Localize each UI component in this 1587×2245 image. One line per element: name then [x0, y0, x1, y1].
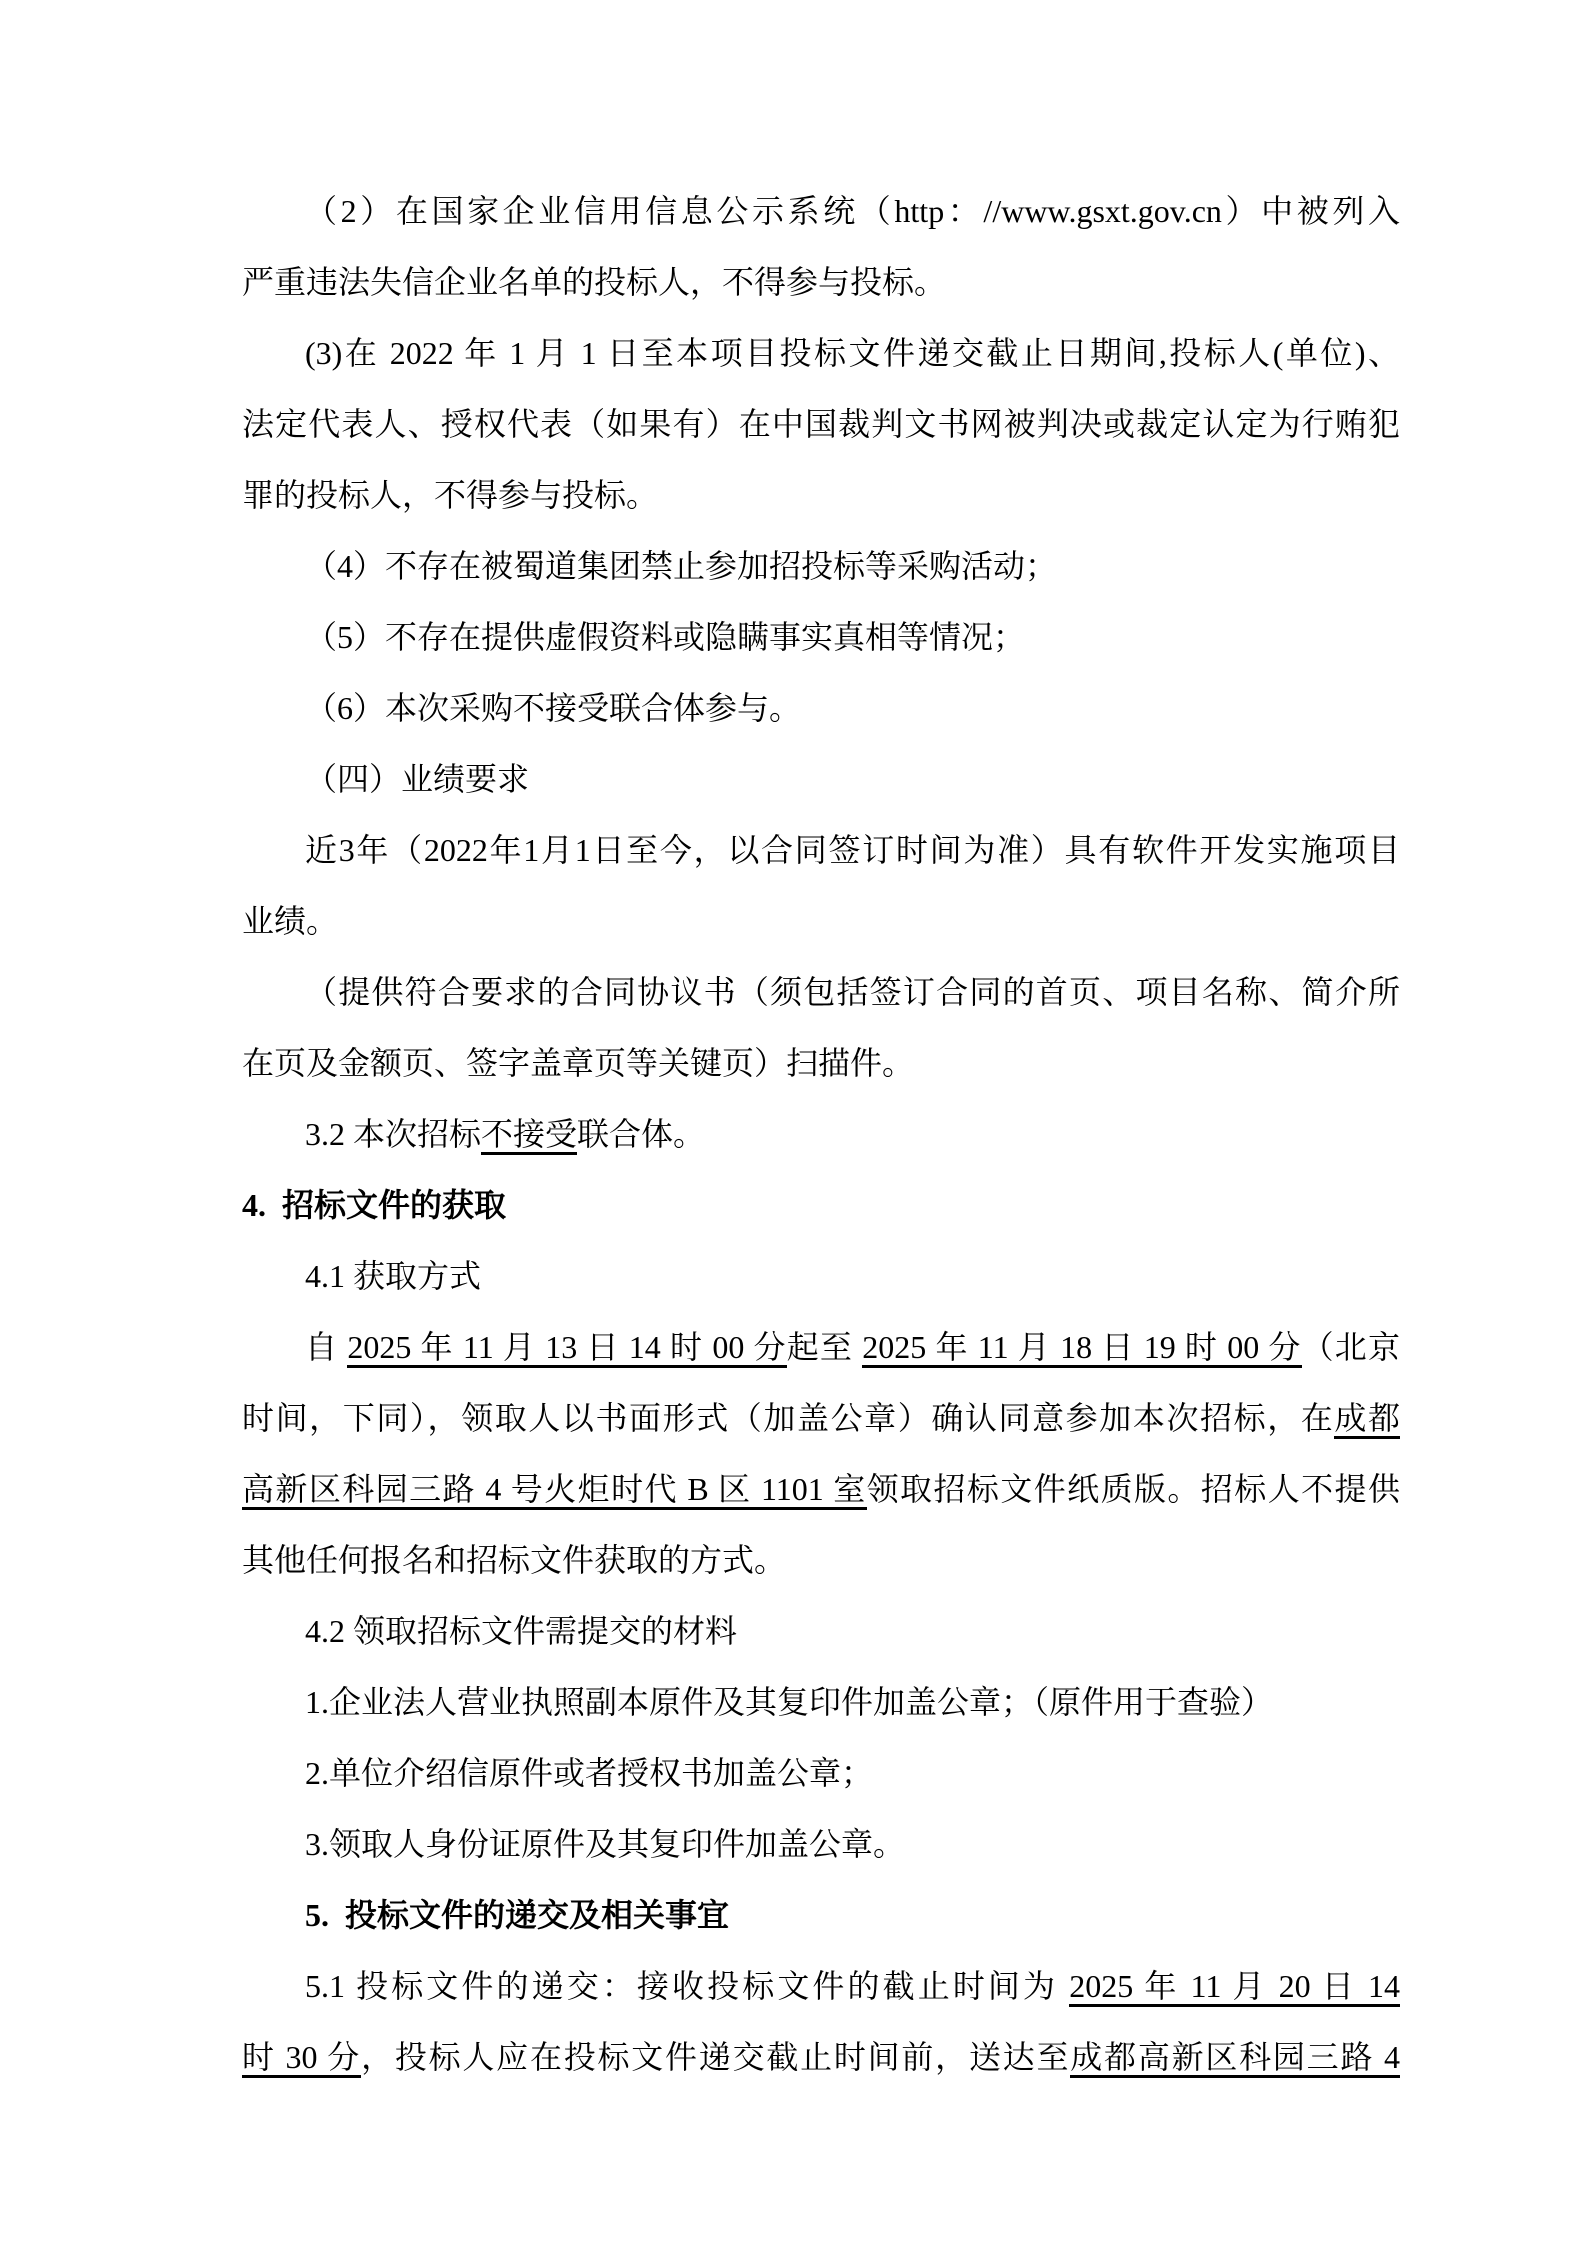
- text-line: 在页及金额页、签字盖章页等关键页）扫描件。: [242, 1028, 1400, 1099]
- text-line: （6）本次采购不接受联合体参与。: [242, 673, 1400, 744]
- underlined-text: 2025 年 11 月 20 日 14: [1069, 1968, 1400, 2007]
- text-line: 自 2025 年 11 月 13 日 14 时 00 分起至 2025 年 11…: [242, 1312, 1400, 1383]
- text-line: 业绩。: [242, 886, 1400, 957]
- text-line: 高新区科园三路 4 号火炬时代 B 区 1101 室领取招标文件纸质版。招标人不…: [242, 1454, 1400, 1525]
- text-segment: 起至: [787, 1329, 863, 1365]
- text-segment: 1.企业法人营业执照副本原件及其复印件加盖公章；（原件用于查验）: [305, 1684, 1273, 1720]
- underlined-text: 高新区科园三路 4 号火炬时代 B 区 1101 室: [242, 1471, 867, 1510]
- text-line: 时 30 分，投标人应在投标文件递交截止时间前，送达至成都高新区科园三路 4: [242, 2022, 1400, 2093]
- underlined-text: 不接受: [481, 1116, 577, 1155]
- text-segment: （北京: [1302, 1329, 1400, 1365]
- text-segment: （4）不存在被蜀道集团禁止参加招投标等采购活动；: [305, 548, 1057, 584]
- text-segment: 法定代表人、授权代表（如果有）在中国裁判文书网被判决或裁定认定为行贿犯: [242, 406, 1400, 442]
- text-line: 严重违法失信企业名单的投标人，不得参与投标。: [242, 247, 1400, 318]
- text-line: （提供符合要求的合同协议书（须包括签订合同的首页、项目名称、简介所: [242, 957, 1400, 1028]
- text-line: 4.2 领取招标文件需提交的材料: [242, 1596, 1400, 1667]
- text-line: （5）不存在提供虚假资料或隐瞒事实真相等情况；: [242, 602, 1400, 673]
- text-segment: 严重违法失信企业名单的投标人，不得参与投标。: [242, 264, 946, 300]
- document-page: { "colors": { "background": "#ffffff", "…: [0, 0, 1587, 2245]
- text-segment: (3)在 2022 年 1 月 1 日至本项目投标文件递交截止日期间,投标人(单…: [305, 335, 1400, 371]
- text-line: 5.1 投标文件的递交：接收投标文件的截止时间为 2025 年 11 月 20 …: [242, 1951, 1400, 2022]
- text-line: 其他任何报名和招标文件获取的方式。: [242, 1525, 1400, 1596]
- text-line: (3)在 2022 年 1 月 1 日至本项目投标文件递交截止日期间,投标人(单…: [242, 318, 1400, 389]
- underlined-text: 成都高新区科园三路 4: [1070, 2039, 1400, 2078]
- text-segment: 4.1 获取方式: [305, 1258, 481, 1294]
- text-segment: 3.2 本次招标: [305, 1116, 481, 1152]
- text-line: 3.领取人身份证原件及其复印件加盖公章。: [242, 1809, 1400, 1880]
- text-line: 法定代表人、授权代表（如果有）在中国裁判文书网被判决或裁定认定为行贿犯: [242, 389, 1400, 460]
- underlined-text: 2025 年 11 月 13 日 14 时 00 分: [347, 1329, 786, 1368]
- tender-document-sheet: （2）在国家企业信用信息公示系统（http：//www.gsxt.gov.cn）…: [0, 0, 1587, 2245]
- section-heading: 5. 投标文件的递交及相关事宜: [242, 1880, 1400, 1951]
- text-segment: ，投标人应在投标文件递交截止时间前，送达至: [361, 2039, 1070, 2075]
- text-segment: 罪的投标人，不得参与投标。: [242, 477, 658, 513]
- underlined-text: 2025 年 11 月 18 日 19 时 00 分: [862, 1329, 1301, 1368]
- text-line: 3.2 本次招标不接受联合体。: [242, 1099, 1400, 1170]
- underlined-text: 时 30 分: [242, 2039, 361, 2078]
- text-segment: 领取招标文件纸质版。招标人不提供: [867, 1471, 1400, 1507]
- text-line: 罪的投标人，不得参与投标。: [242, 460, 1400, 531]
- text-segment: （提供符合要求的合同协议书（须包括签订合同的首页、项目名称、简介所: [305, 974, 1400, 1010]
- text-segment: （四）业绩要求: [305, 761, 529, 797]
- text-segment: （2）在国家企业信用信息公示系统（http：//www.gsxt.gov.cn）…: [305, 193, 1400, 229]
- text-segment: 4.2 领取招标文件需提交的材料: [305, 1613, 737, 1649]
- text-segment: 其他任何报名和招标文件获取的方式。: [242, 1542, 786, 1578]
- text-segment: 5.1 投标文件的递交：接收投标文件的截止时间为: [305, 1968, 1069, 2004]
- text-line: 近3年（2022年1月1日至今，以合同签订时间为准）具有软件开发实施项目: [242, 815, 1400, 886]
- text-line: 2.单位介绍信原件或者授权书加盖公章；: [242, 1738, 1400, 1809]
- text-line: 1.企业法人营业执照副本原件及其复印件加盖公章；（原件用于查验）: [242, 1667, 1400, 1738]
- text-segment: （6）本次采购不接受联合体参与。: [305, 690, 801, 726]
- text-block: （2）在国家企业信用信息公示系统（http：//www.gsxt.gov.cn）…: [242, 176, 1400, 2093]
- text-segment: 4. 招标文件的获取: [242, 1187, 506, 1223]
- text-segment: 2.单位介绍信原件或者授权书加盖公章；: [305, 1755, 873, 1791]
- text-segment: 自: [305, 1329, 347, 1365]
- text-line: 时间，下同），领取人以书面形式（加盖公章）确认同意参加本次招标，在成都: [242, 1383, 1400, 1454]
- text-segment: 业绩。: [242, 903, 338, 939]
- text-segment: 3.领取人身份证原件及其复印件加盖公章。: [305, 1826, 905, 1862]
- text-line: （4）不存在被蜀道集团禁止参加招投标等采购活动；: [242, 531, 1400, 602]
- text-line: 4.1 获取方式: [242, 1241, 1400, 1312]
- text-line: （四）业绩要求: [242, 744, 1400, 815]
- text-line: （2）在国家企业信用信息公示系统（http：//www.gsxt.gov.cn）…: [242, 176, 1400, 247]
- section-heading: 4. 招标文件的获取: [242, 1170, 1400, 1241]
- text-segment: 5. 投标文件的递交及相关事宜: [305, 1897, 729, 1933]
- text-segment: 时间，下同），领取人以书面形式（加盖公章）确认同意参加本次招标，在: [242, 1400, 1334, 1436]
- underlined-text: 成都: [1334, 1400, 1400, 1439]
- text-segment: 联合体。: [577, 1116, 705, 1152]
- text-segment: 近3年（2022年1月1日至今，以合同签订时间为准）具有软件开发实施项目: [305, 832, 1400, 868]
- text-segment: 在页及金额页、签字盖章页等关键页）扫描件。: [242, 1045, 914, 1081]
- text-segment: （5）不存在提供虚假资料或隐瞒事实真相等情况；: [305, 619, 1025, 655]
